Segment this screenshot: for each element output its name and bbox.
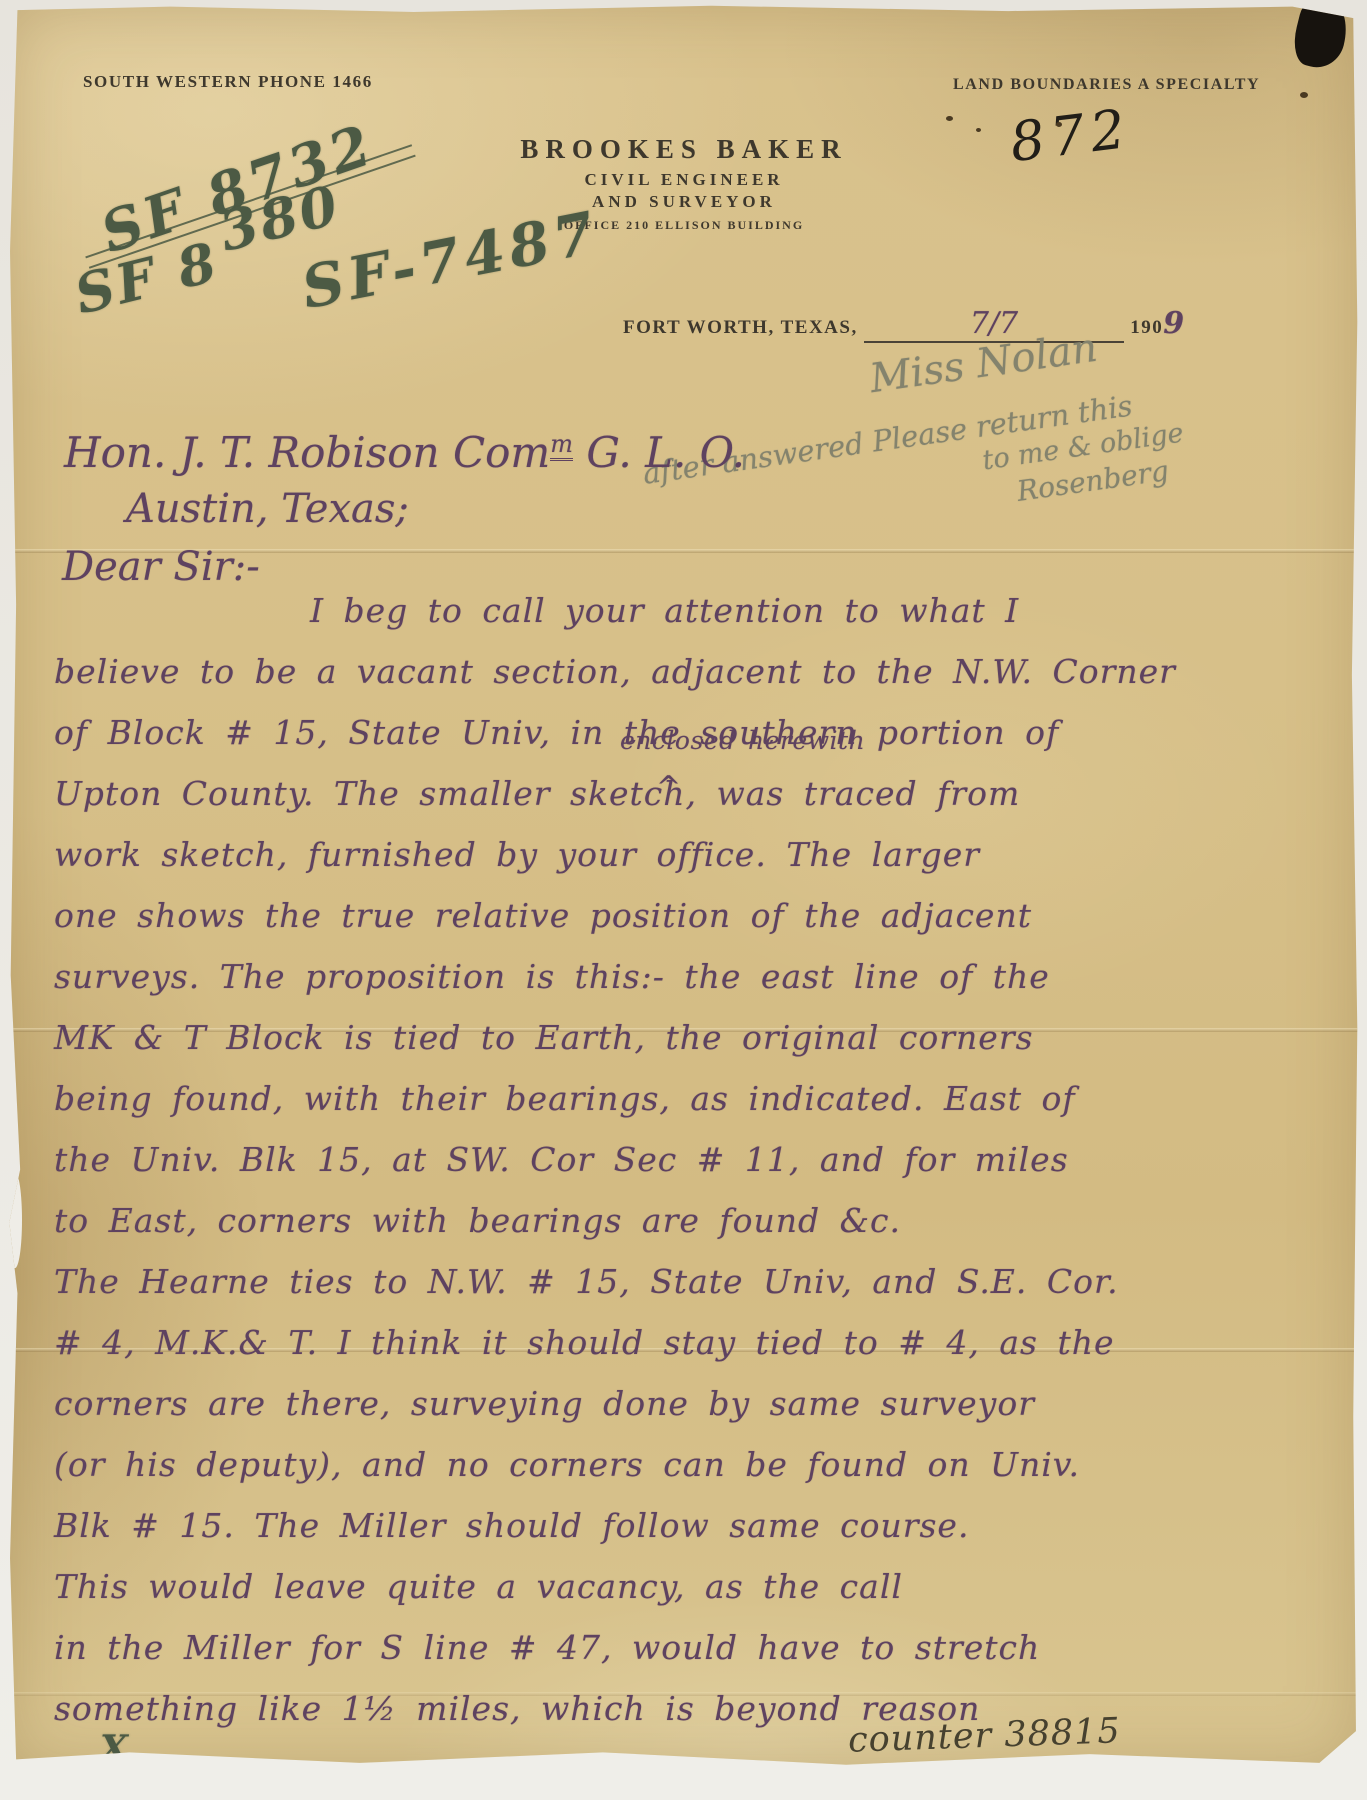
letter-body-line: the Univ. Blk 15, at SW. Cor Sec # 11, a… [54,1129,1334,1190]
ink-speck [976,128,981,132]
ink-blot [1288,0,1353,73]
ink-speck [946,116,953,121]
letter-body-line: to East, corners with bearings are found… [54,1190,1334,1251]
letter-body-line: something like 1½ miles, which is beyond… [54,1678,1334,1739]
letter-body-line: I beg to call your attention to what I [54,580,1334,641]
letter-body-line: # 4, M.K.& T. I think it should stay tie… [54,1312,1334,1373]
ink-speck [1300,92,1308,98]
letter-body-line: surveys. The proposition is this:- the e… [54,946,1334,1007]
ink-speck [1056,122,1062,127]
letterhead-name: BROOKES BAKER [8,134,1360,165]
letter-body-line: being found, with their bearings, as ind… [54,1068,1334,1129]
letter-body-line: Upton County. The smaller sketch, was tr… [54,763,1334,824]
interlinear-insertion: enclosed herewith [620,726,865,755]
recipient-org: G. L. O. [573,428,745,477]
letter-paper: SOUTH WESTERN PHONE 1466 LAND BOUNDARIES… [8,4,1360,1770]
insertion-caret: ^ [656,770,681,805]
letterhead-phone: SOUTH WESTERN PHONE 1466 [83,72,373,92]
file-number-2-main: SF 8 [68,229,225,326]
letter-body-line: The Hearne ties to N.W. # 15, State Univ… [54,1251,1334,1312]
letterhead-specialty: LAND BOUNDARIES A SPECIALTY [953,76,1260,94]
counter-number: counter 38815 [847,1711,1121,1760]
letter-body-line: work sketch, furnished by your office. T… [54,824,1334,885]
torn-edge [8,1172,22,1268]
letter-body-line: corners are there, surveying done by sam… [54,1373,1334,1434]
letter-body-line: one shows the true relative position of … [54,885,1334,946]
letter-body-line: in the Miller for S line # 47, would hav… [54,1617,1334,1678]
letter-body-line: This would leave quite a vacancy, as the… [54,1556,1334,1617]
recipient-text: Hon. J. T. Robison Com [64,428,550,477]
recipient-superscript: m [550,430,573,461]
scanned-letter-page: SOUTH WESTERN PHONE 1466 LAND BOUNDARIES… [0,0,1367,1800]
dateline-place: FORT WORTH, TEXAS, [623,317,858,338]
recipient-line: Hon. J. T. Robison Comm G. L. O. [64,428,745,477]
letter-body-line: MK & T Block is tied to Earth, the origi… [54,1007,1334,1068]
letter-body-line: Blk # 15. The Miller should follow same … [54,1495,1334,1556]
letter-body-line: believe to be a vacant section, adjacent… [54,641,1334,702]
recipient-address: Austin, Texas; [126,486,409,532]
check-mark: X [100,1728,128,1770]
letter-body-line: (or his deputy), and no corners can be f… [54,1434,1334,1495]
